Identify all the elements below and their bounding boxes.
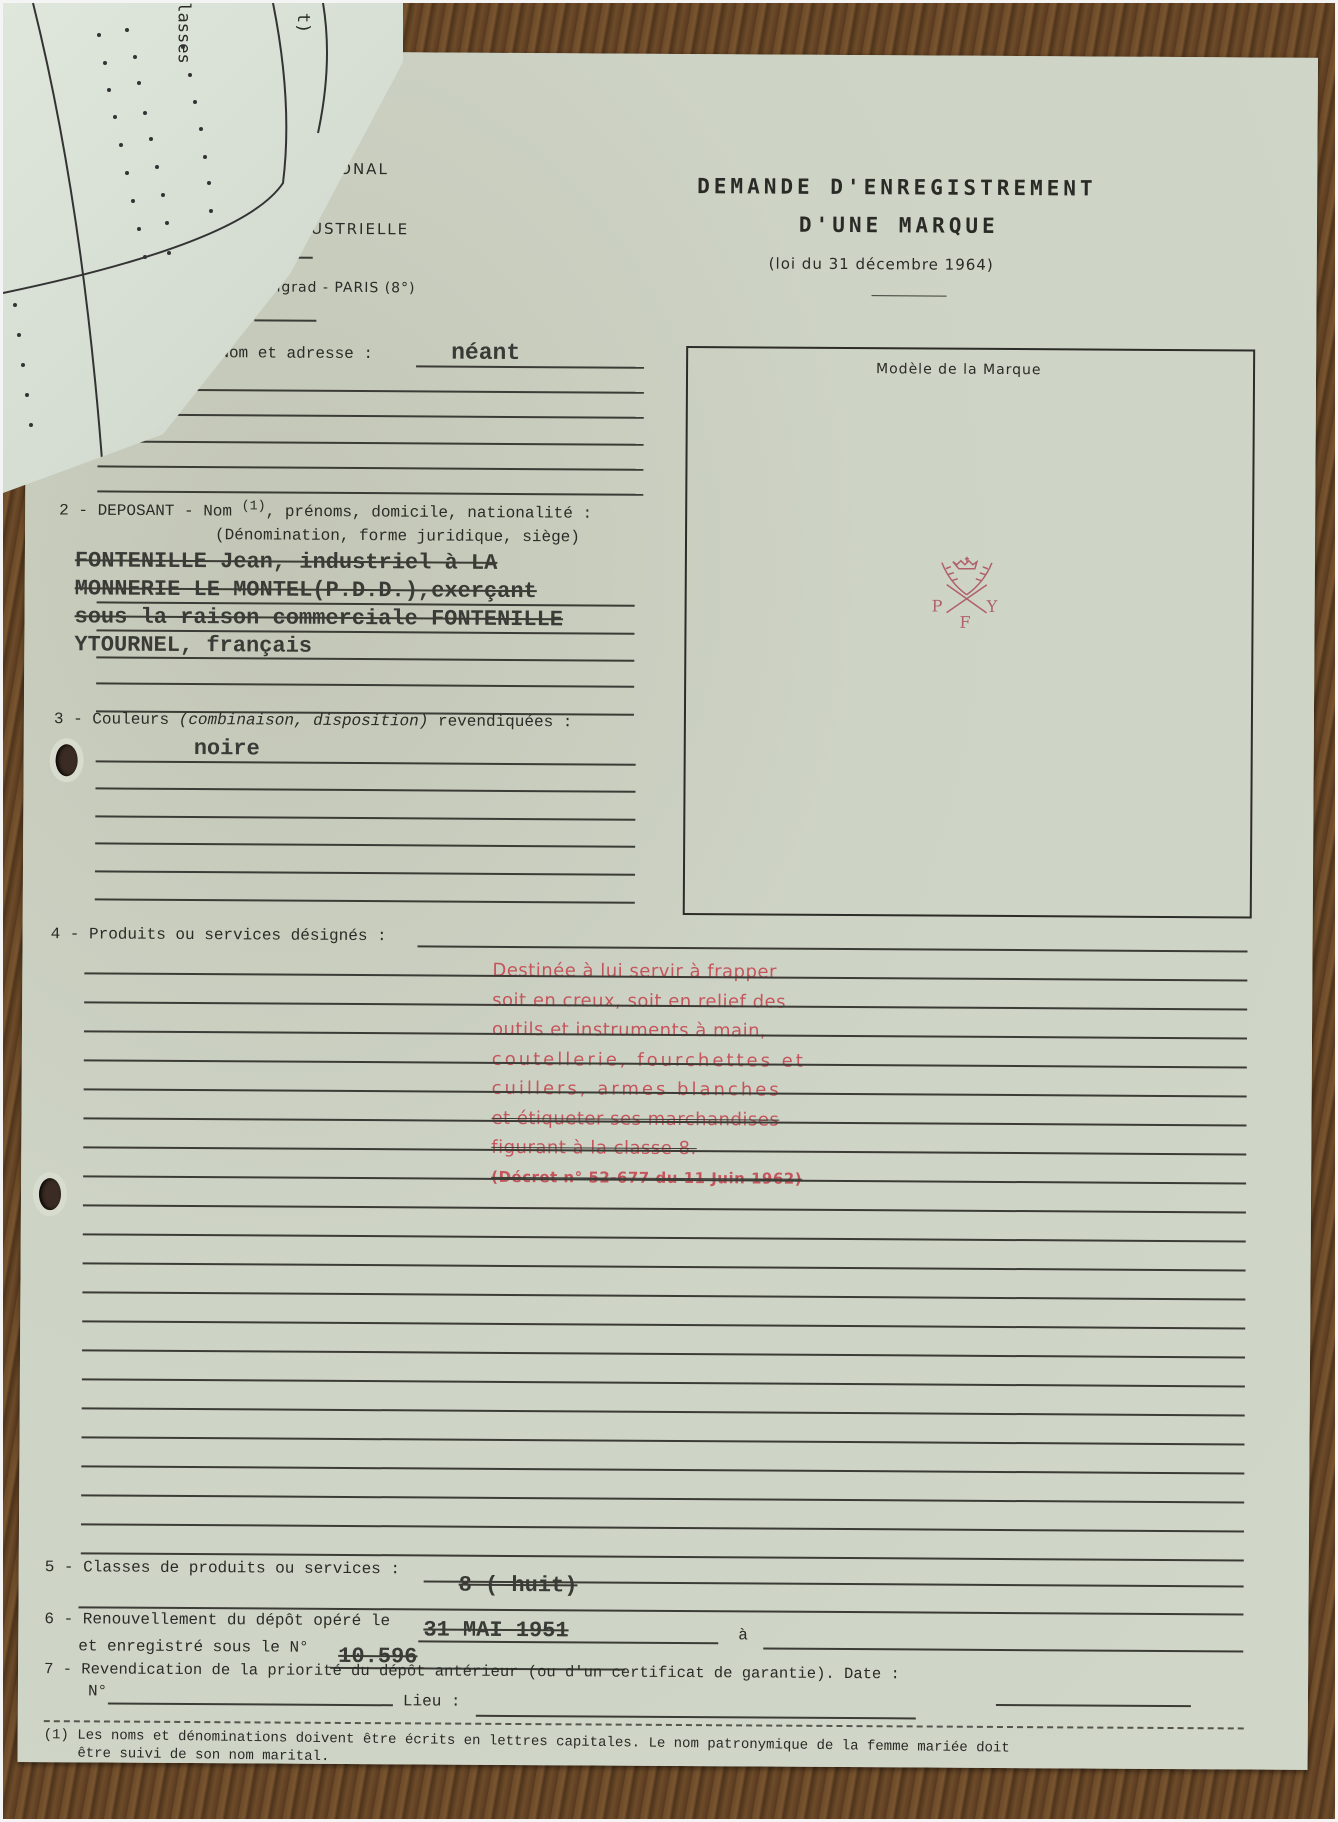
section4-line-11[interactable] <box>83 1262 1246 1271</box>
section4-line-13[interactable] <box>82 1320 1245 1329</box>
section3-line-6[interactable] <box>95 898 635 903</box>
section1-line-1[interactable] <box>416 365 644 368</box>
section3-label: 3 - Couleurs (combinaison, disposition) … <box>54 710 573 731</box>
section5-number: 5 - <box>45 1558 74 1576</box>
mark-monogram: P F Y <box>931 555 1001 635</box>
section5-label: 5 - Classes de produits ou services : <box>45 1558 400 1578</box>
mark-model-label: Modèle de la Marque <box>876 361 1042 378</box>
section1-line-3[interactable] <box>98 413 644 418</box>
section4-number: 4 - <box>51 925 80 943</box>
section4-line-10[interactable] <box>83 1233 1246 1242</box>
section7-number: 7 - <box>44 1660 72 1678</box>
form-law-reference: (loi du 31 décembre 1964) <box>769 255 994 274</box>
section2-line-4[interactable] <box>96 682 634 687</box>
section6-date-line[interactable] <box>418 1640 718 1644</box>
footnote-ref-marker: (1) <box>44 1727 69 1743</box>
footnote-ref: (1) <box>242 499 266 514</box>
section4-label-text: Produits ou services désignés : <box>89 925 387 945</box>
form-title-line2: D'UNE MARQUE <box>799 213 999 238</box>
section6-label-a: 6 - Renouvellement du dépôt opéré le <box>44 1610 390 1630</box>
section3-label-italic: (combinaison, disposition) <box>179 711 429 731</box>
section7-no-line[interactable] <box>108 1703 393 1707</box>
title-divider <box>872 295 947 296</box>
section7-label: 7 - Revendication de la priorité du dépô… <box>44 1660 900 1683</box>
section3-label-b: revendiquées : <box>438 713 573 732</box>
section2-label-rest: , prénoms, domicile, nationalité : <box>266 503 593 523</box>
stamp-line-3: outils et instruments à main, <box>492 1015 806 1046</box>
section6-at-label: à <box>738 1626 748 1644</box>
stamp-line-1: Destinée à lui servir à frapper <box>492 956 806 987</box>
header-divider-2 <box>254 319 316 321</box>
section4-label: 4 - Produits ou services désignés : <box>51 925 387 945</box>
section3-line-5[interactable] <box>95 870 635 875</box>
section4-stamp: Destinée à lui servir à frapper soit en … <box>491 956 806 1194</box>
punch-hole-1 <box>56 744 78 776</box>
footnote: (1) Les noms et dénominations doivent êt… <box>43 1726 1010 1775</box>
section1-line-4[interactable] <box>98 440 644 445</box>
mark-model-box: Modèle de la Marque P F Y <box>683 346 1255 918</box>
section3-line-2[interactable] <box>95 787 635 792</box>
section5-value[interactable]: 8 ( huit) <box>459 1573 578 1599</box>
stamp-line-2: soit en creux, soit en relief des <box>492 985 806 1016</box>
section4-line-20[interactable] <box>81 1523 1244 1532</box>
section7-no-label: N° <box>88 1682 107 1700</box>
section4-line-15[interactable] <box>82 1378 1245 1387</box>
stamp-line-6: et étiqueter ses marchandises <box>491 1103 805 1134</box>
curled-text-t: t) <box>293 13 313 33</box>
section5-label-text: Classes de produits ou services : <box>83 1558 400 1578</box>
section4-line-14[interactable] <box>82 1349 1245 1358</box>
stamp-line-5: cuillers, armes blanches <box>492 1074 806 1105</box>
section4-line-0[interactable] <box>418 945 1248 952</box>
monogram-letter-bottom: F <box>959 613 970 632</box>
section7-place-line[interactable] <box>476 1715 916 1720</box>
curled-text-classes: lasses <box>174 2 194 63</box>
section6-label-a-text: Renouvellement du dépôt opéré le <box>83 1610 390 1630</box>
section4-line-12[interactable] <box>82 1291 1245 1300</box>
section3-line-1[interactable] <box>96 760 636 765</box>
section4-line-19[interactable] <box>81 1494 1244 1503</box>
depositor-line-1: FONTENILLE Jean, industriel à LA <box>75 547 564 578</box>
section1-line-6[interactable] <box>97 490 643 495</box>
section4-line-9[interactable] <box>83 1204 1246 1213</box>
section6-place-line[interactable] <box>763 1648 1243 1653</box>
section6-number: 6 - <box>44 1610 73 1628</box>
section1-value[interactable]: néant <box>451 340 520 366</box>
section3-value[interactable]: noire <box>194 736 260 761</box>
section2-number: 2 - <box>59 502 88 520</box>
section2-label: 2 - DEPOSANT - Nom (1), prénoms, domicil… <box>59 498 592 523</box>
section6-label-b: et enregistré sous le N° <box>78 1637 309 1656</box>
section4-line-17[interactable] <box>82 1436 1245 1445</box>
section3-line-4[interactable] <box>95 842 635 847</box>
section2-sublabel: (Dénomination, forme juridique, siège) <box>215 526 580 546</box>
stamp-line-4: coutellerie, fourchettes et <box>492 1044 806 1075</box>
section7-date-line[interactable] <box>996 1704 1191 1707</box>
section4-line-16[interactable] <box>82 1407 1245 1416</box>
section7-label-text: Revendication de la priorité du dépôt an… <box>81 1660 900 1683</box>
section3-label-a: Couleurs <box>92 710 169 728</box>
monogram-letter-left: P <box>932 597 943 616</box>
section7-place-label: Lieu : <box>403 1692 461 1710</box>
section1-line-5[interactable] <box>97 465 643 470</box>
section6-date-value[interactable]: 31 MAI 1951 <box>423 1617 568 1643</box>
section3-line-3[interactable] <box>95 815 635 820</box>
section4-line-18[interactable] <box>81 1465 1244 1474</box>
section3-number: 3 - <box>54 710 83 728</box>
form-title-line1: DEMANDE D'ENREGISTREMENT <box>697 174 1097 200</box>
section2-label-main: DEPOSANT - Nom <box>98 502 233 521</box>
monogram-letter-right: Y <box>987 597 998 616</box>
punch-hole-2 <box>39 1178 61 1210</box>
